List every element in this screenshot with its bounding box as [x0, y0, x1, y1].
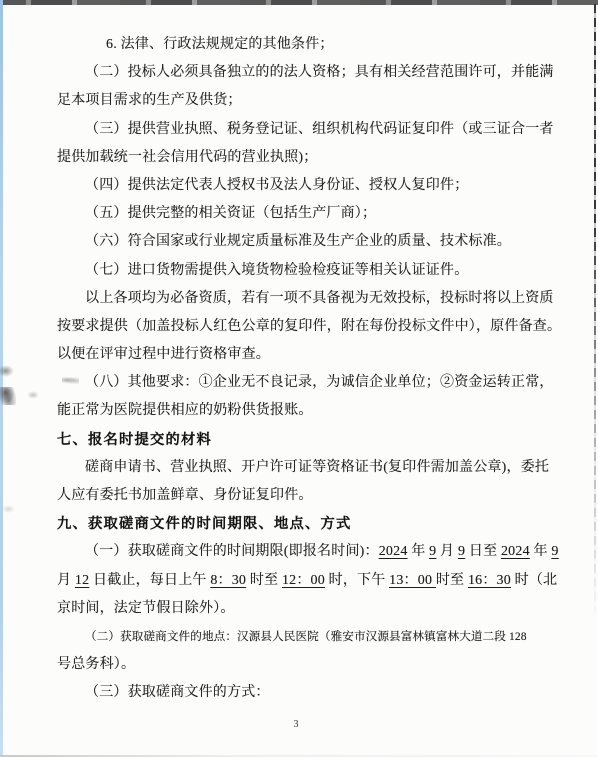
text-segment: 6. 法律、行政法规规定的其他条件； [106, 37, 334, 52]
underlined-value: 9 [551, 544, 558, 559]
text-line: （五）提供完整的相关资证（包括生产厂商）； [57, 200, 557, 228]
page-number: 3 [0, 719, 592, 730]
text-line: （七）进口货物需提供入境货物检验检疫证等相关认证证件。 [57, 257, 557, 285]
text-segment: （五）提供完整的相关资证（包括生产厂商）； [85, 206, 376, 221]
underlined-value: 12 [75, 573, 89, 588]
underlined-value: 13：00 [389, 573, 436, 588]
scanned-document-page: 6. 法律、行政法规规定的其他条件；（二）投标人必须具备独立的的法人资格；具有相… [0, 0, 598, 757]
text-segment: 号总务科）。 [57, 657, 135, 672]
text-line: （四）提供法定代表人授权书及法人身份证、授权人复印件； [57, 172, 557, 200]
text-segment: 以便在评审过程中进行资格审查。 [57, 347, 270, 362]
text-line: 磋商申请书、营业执照、开户许可证等资格证书(复印件需加盖公章)，委托 [57, 454, 557, 482]
text-segment: 磋商申请书、营业执照、开户许可证等资格证书(复印件需加盖公章)，委托 [85, 460, 549, 475]
text-segment: 京时间，法定节假日除外）。 [57, 601, 235, 616]
text-segment: （四）提供法定代表人授权书及法人身份证、授权人复印件； [85, 178, 468, 193]
text-segment: 提供加载统一社会信用代码的营业执照)； [57, 150, 317, 165]
text-segment: （一）获取磋商文件的时间期限(即报名时间)： [85, 544, 379, 559]
text-line: 号总务科）。 [57, 651, 557, 679]
underlined-value: 16：30 [468, 573, 511, 588]
text-segment: 足本项目需求的生产及供货； [57, 93, 242, 108]
text-segment: （三）提供营业执照、税务登记证、组织机构代码证复印件（或三证合一者 [85, 122, 554, 137]
text-line: （三）提供营业执照、税务登记证、组织机构代码证复印件（或三证合一者 [57, 116, 557, 144]
text-segment: 年 [530, 544, 552, 559]
text-segment: 日至 [465, 544, 501, 559]
scan-edge-right-line [594, 4, 596, 624]
text-segment: 时（北 [511, 573, 557, 588]
underlined-value: 8：30 [210, 573, 246, 588]
underlined-value: 2024 [379, 544, 408, 559]
scan-edge-top [0, 0, 598, 5]
text-segment: 月 [57, 573, 75, 588]
text-segment: 九、获取磋商文件的时间期限、地点、方式 [57, 516, 351, 532]
text-line: 足本项目需求的生产及供货； [57, 87, 557, 115]
text-line: 京时间，法定节假日除外）。 [57, 595, 557, 623]
text-line: （三）获取磋商文件的方式： [57, 679, 557, 707]
text-segment: （八）其他要求：①企业无不良记录，为诚信企业单位；②资金运转正常， [85, 375, 554, 390]
text-line: 以便在评审过程中进行资格审查。 [57, 341, 557, 369]
section-heading-line: 七、报名时提交的材料 [57, 426, 557, 454]
text-line: （六）符合国家或行业规定质量标准及生产企业的质量、技术标准。 [57, 228, 557, 256]
text-segment: 以上各项均为必备资质，若有一项不具备视为无效投标，投标时将以上资质 [85, 291, 554, 306]
text-segment: 时至 [246, 573, 282, 588]
text-segment: 年 [408, 544, 430, 559]
scan-edge-left-blue-strip [0, 0, 3, 755]
text-line: （八）其他要求：①企业无不良记录，为诚信企业单位；②资金运转正常， [57, 369, 557, 397]
text-segment: 月 [436, 544, 458, 559]
text-line: （一）获取磋商文件的时间期限(即报名时间)：2024 年 9 月 9 日至 20… [57, 538, 557, 566]
text-segment: 能正常为医院提供相应的奶粉供货报账。 [57, 403, 313, 418]
text-segment: 按要求提供（加盖投标人红色公章的复印件，附在每份投标文件中），原件备查。 [57, 319, 561, 334]
text-line: 以上各项均为必备资质，若有一项不具备视为无效投标，投标时将以上资质 [57, 285, 557, 313]
text-line: 按要求提供（加盖投标人红色公章的复印件，附在每份投标文件中），原件备查。 [57, 313, 557, 341]
text-segment: （二）获取磋商文件的地点：汉源县人民医院（雅安市汉源县富林镇富林大道二段 128 [85, 630, 527, 643]
text-line: （二）投标人必须具备独立的的法人资格；具有相关经营范围许可，并能满 [57, 59, 557, 87]
underlined-value: 12：00 [282, 573, 325, 588]
text-lines: 6. 法律、行政法规规定的其他条件；（二）投标人必须具备独立的的法人资格；具有相… [57, 31, 557, 708]
text-segment: 时，下午 [325, 573, 389, 588]
text-line: （二）获取磋商文件的地点：汉源县人民医院（雅安市汉源县富林镇富林大道二段 128 [57, 623, 557, 651]
text-line: 月 12 日截止，每日上午 8：30 时至 12：00 时，下午 13：00 时… [57, 567, 557, 595]
text-segment: 七、报名时提交的材料 [57, 432, 212, 448]
text-segment: 日截止，每日上午 [89, 573, 210, 588]
text-line: 能正常为医院提供相应的奶粉供货报账。 [57, 397, 557, 425]
text-segment: 人应有委托书加盖鲜章、身份证复印件。 [57, 488, 313, 503]
text-line: 提供加载统一社会信用代码的营业执照)； [57, 144, 557, 172]
text-line: 人应有委托书加盖鲜章、身份证复印件。 [57, 482, 557, 510]
text-segment: （六）符合国家或行业规定质量标准及生产企业的质量、技术标准。 [85, 234, 511, 249]
text-segment: （七）进口货物需提供入境货物检验检疫证等相关认证证件。 [85, 263, 468, 278]
text-segment: （二）投标人必须具备独立的的法人资格；具有相关经营范围许可，并能满 [85, 65, 554, 80]
text-segment: （三）获取磋商文件的方式： [85, 685, 270, 700]
scan-smudge [27, 391, 39, 399]
underlined-value: 2024 [501, 544, 530, 559]
text-line: 6. 法律、行政法规规定的其他条件； [57, 31, 557, 59]
section-heading-line: 九、获取磋商文件的时间期限、地点、方式 [57, 510, 557, 538]
text-segment: 时至 [436, 573, 468, 588]
scan-smudge [2, 505, 15, 513]
